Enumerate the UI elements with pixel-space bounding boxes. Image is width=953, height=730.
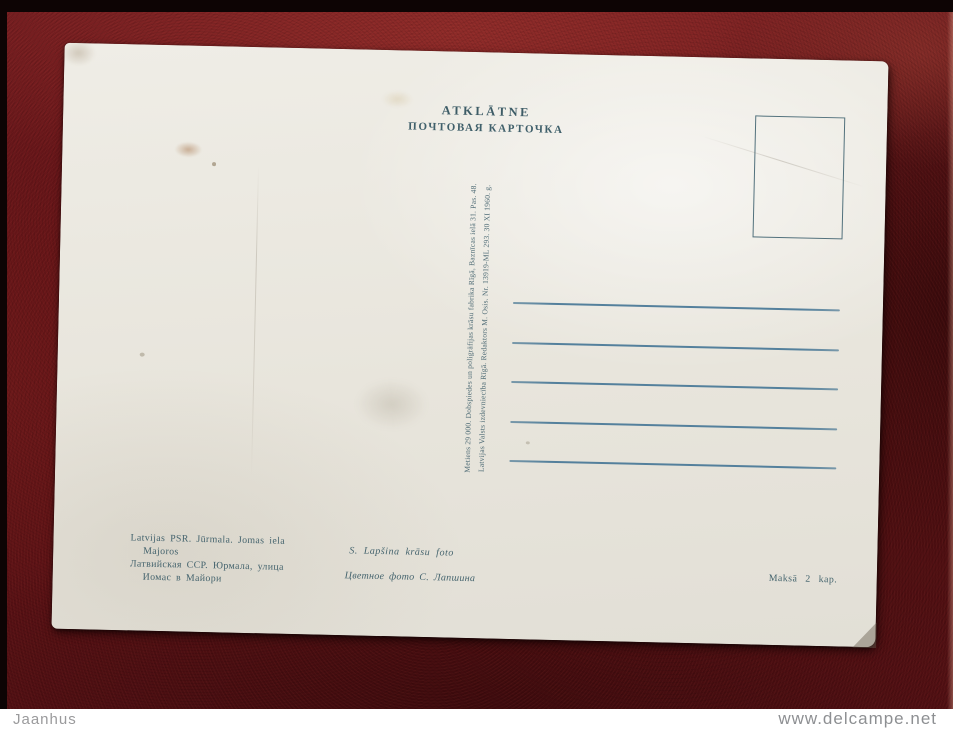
scan-footer: Jaanhus www.delcampe.net bbox=[0, 709, 953, 730]
postcard-header: ATKLĀTNE ПОЧТОВАЯ КАРТОЧКА bbox=[325, 101, 648, 138]
price-label: Maksā 2 kap. bbox=[769, 573, 838, 586]
watermark-seller: Jaanhus bbox=[13, 711, 77, 728]
postcard-back: ATKLĀTNE ПОЧТОВАЯ КАРТОЧКА Metiens 29 00… bbox=[51, 43, 888, 648]
watermark-delcampe: www.delcampe.net bbox=[778, 709, 937, 729]
address-line bbox=[509, 460, 836, 469]
postcard-scan: ATKLĀTNE ПОЧТОВАЯ КАРТОЧКА Metiens 29 00… bbox=[0, 0, 953, 730]
paper-crease bbox=[251, 165, 259, 475]
scan-right-edge-highlight bbox=[947, 12, 953, 709]
address-line bbox=[511, 381, 838, 390]
photo-credit-russian: Цветное фото С. Лапшина bbox=[345, 570, 476, 584]
photo-credit-latvian: S. Lapšina krāsu foto bbox=[349, 545, 454, 558]
printing-imprint: Metiens 29 000. Dobspiedes un poligrāfij… bbox=[460, 147, 496, 509]
address-line bbox=[510, 420, 837, 429]
paper-stain bbox=[174, 141, 202, 158]
caption-latvian: Latvijas PSR. Jūrmala. Jomas iela Majoro… bbox=[130, 532, 285, 560]
caption-russian: Латвийская ССР. Юрмала, улица Иомас в Ма… bbox=[130, 558, 284, 586]
address-lines bbox=[509, 302, 840, 469]
paper-speck bbox=[140, 353, 145, 357]
address-line bbox=[512, 341, 839, 350]
stamp-box bbox=[753, 115, 846, 239]
address-line bbox=[513, 302, 840, 311]
paper-stain bbox=[61, 40, 96, 67]
paper-speck bbox=[212, 162, 216, 166]
paper-stain bbox=[354, 377, 429, 431]
